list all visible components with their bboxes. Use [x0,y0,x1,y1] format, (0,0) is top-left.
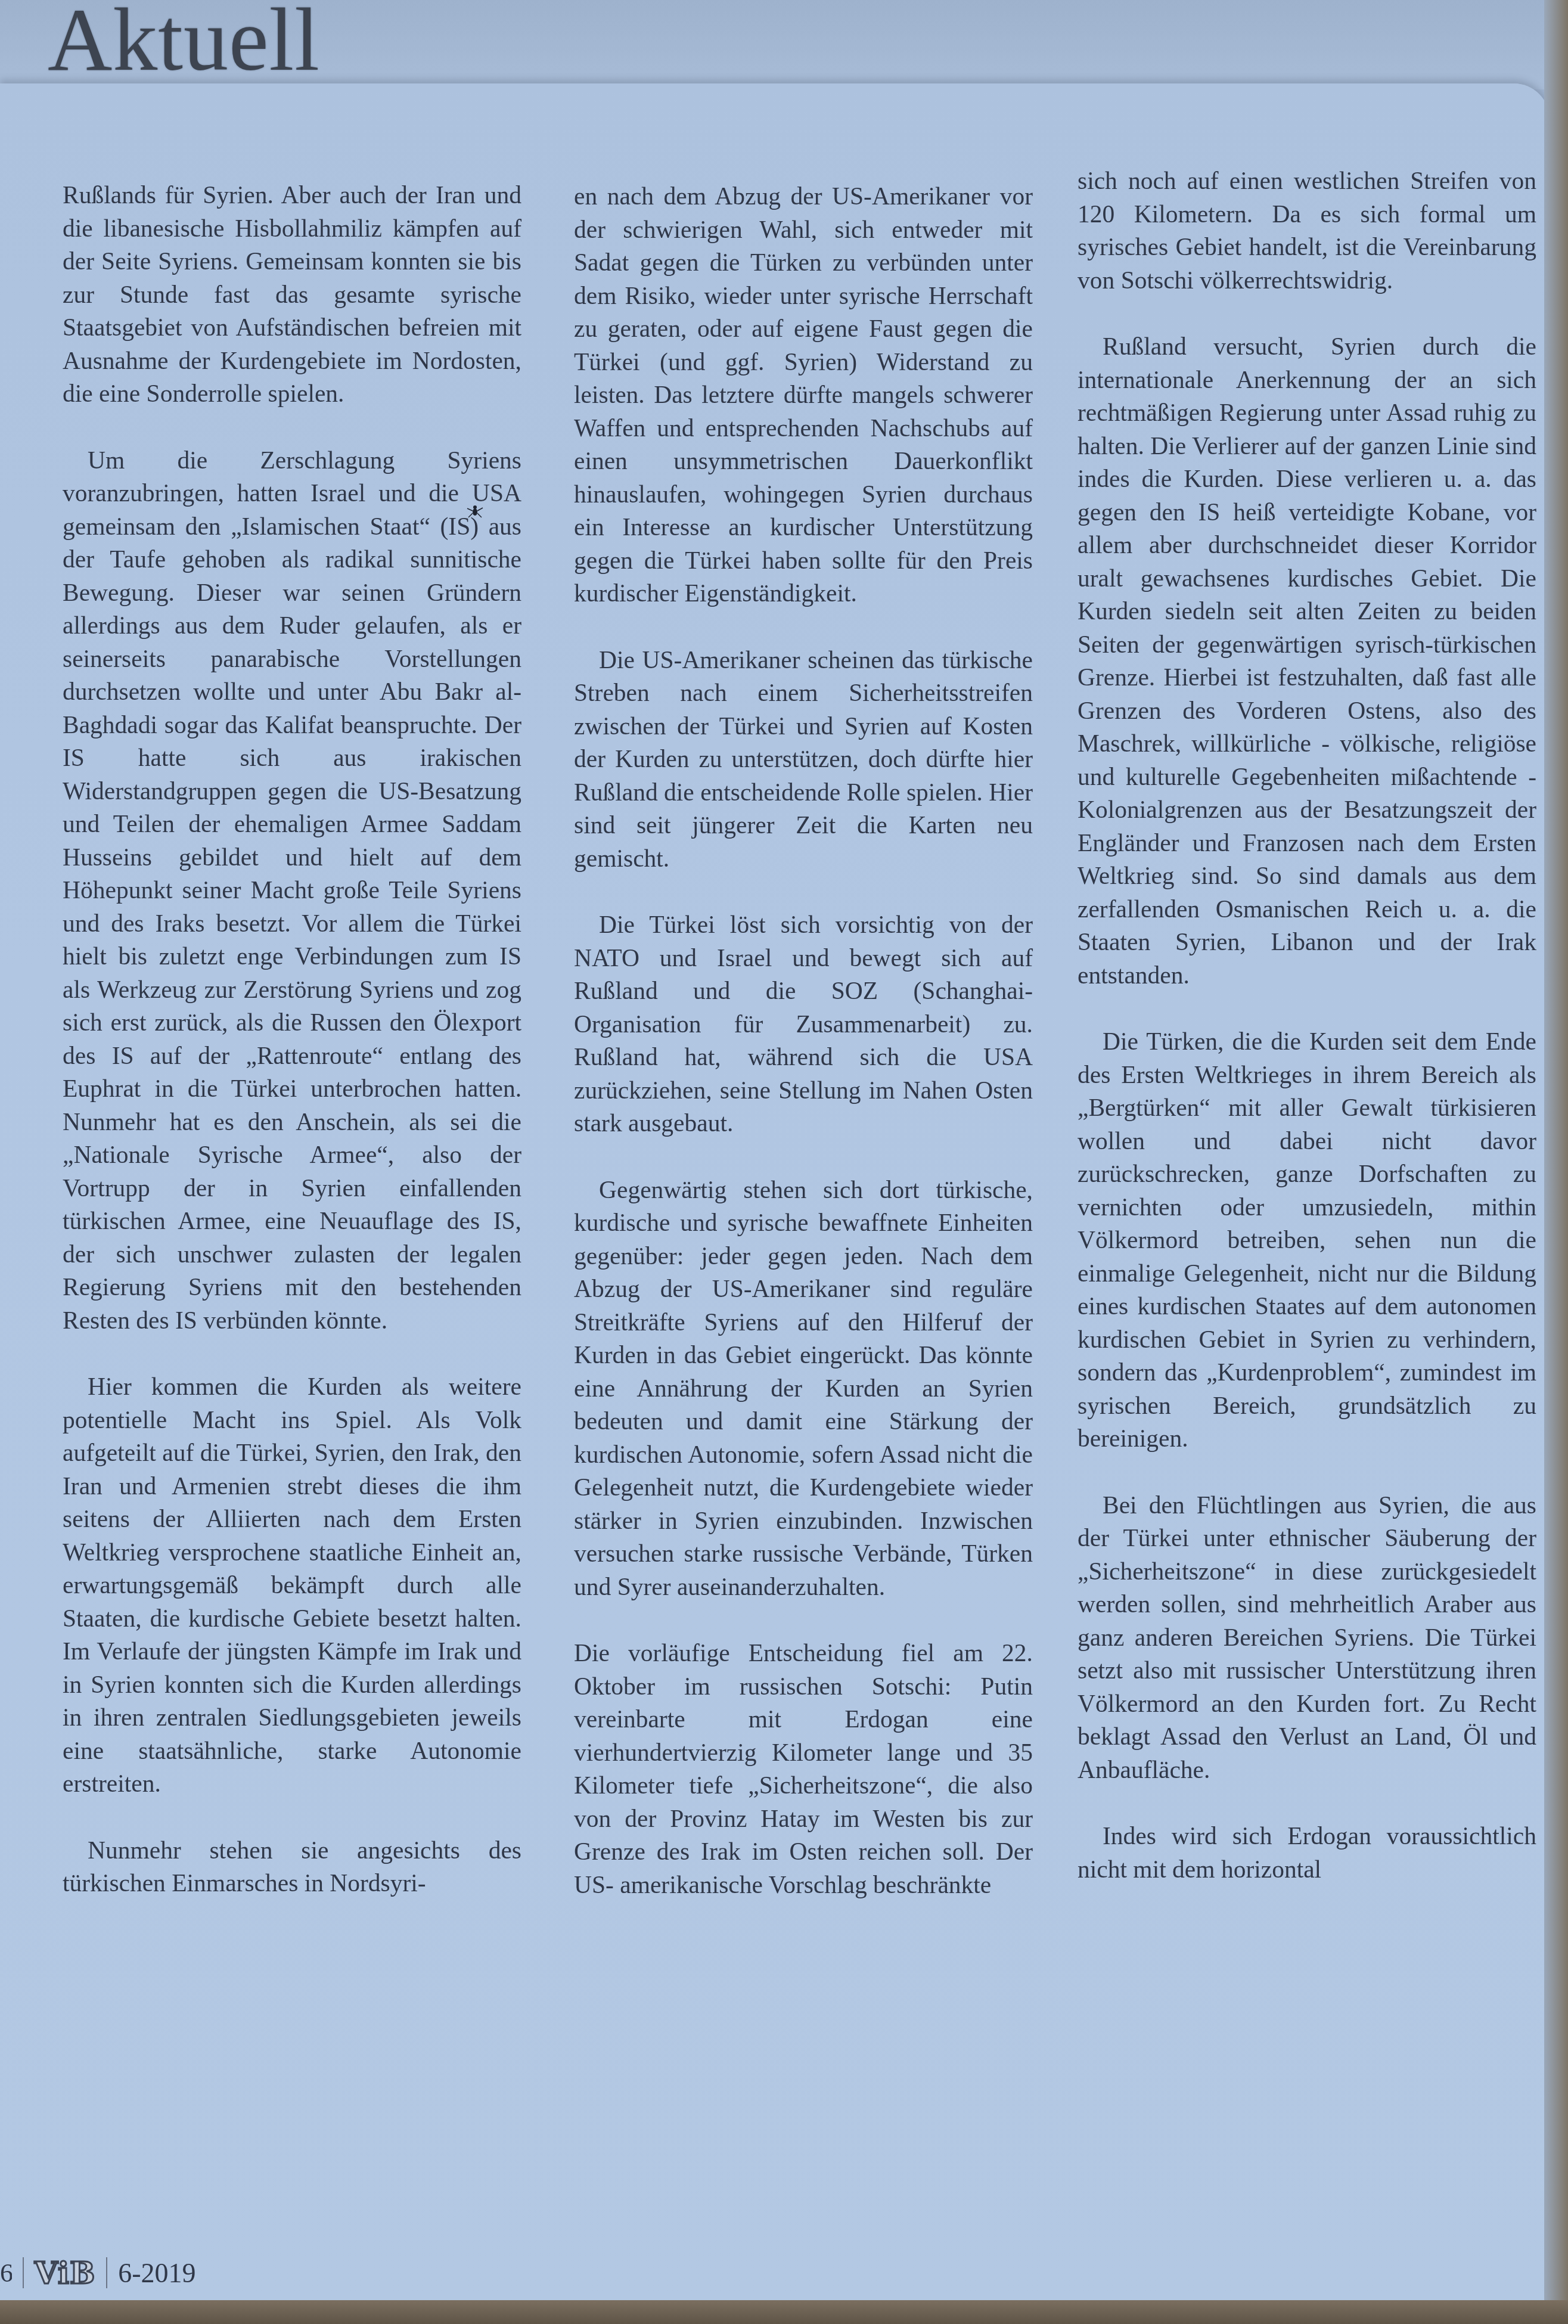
paragraph: Die Türkei löst sich vorsichtig von der … [574,908,1033,1140]
paragraph: Indes wird sich Erdogan voraussichtlich … [1078,1820,1536,1886]
page-footer: 6 ViB 6-2019 [0,2252,196,2294]
article-column-2: en nach dem Abzug der US-Amerikaner vor … [574,180,1033,1935]
paragraph: Gegenwärtig stehen sich dort türkische, … [574,1174,1033,1604]
page-edge-right [1544,0,1568,2324]
paragraph: Um die Zerschlagung Syriens voranzubring… [63,444,521,1338]
page-number: 6 [0,2258,12,2288]
section-title: Aktuell [48,0,320,85]
footer-divider [23,2257,24,2288]
paragraph: Die US-Amerikaner scheinen das türkische… [574,644,1033,876]
paragraph: Die vorläufige Entscheidung fiel am 22. … [574,1637,1033,1901]
paragraph: Rußlands für Syrien. Aber auch der Iran … [63,179,521,411]
issue-number: 6-2019 [118,2257,195,2289]
paragraph: sich noch auf einen westlichen Streifen … [1078,165,1536,297]
paragraph: Bei den Flüchtlingen aus Syrien, die aus… [1078,1489,1536,1787]
paragraph: Rußland versucht, Syrien durch die inter… [1078,330,1536,992]
paragraph: Hier kommen die Kurden als weitere poten… [63,1370,521,1801]
paragraph: en nach dem Abzug der US-Amerikaner vor … [574,180,1033,610]
page-edge-bottom [0,2300,1568,2324]
magazine-logo: ViB [35,2255,95,2291]
article-column-1: Rußlands für Syrien. Aber auch der Iran … [63,179,521,1934]
paragraph: Nunmehr stehen sie angesichts des türkis… [63,1834,521,1900]
paragraph: Die Türken, die die Kurden seit dem Ende… [1078,1025,1536,1456]
footer-divider [106,2257,107,2288]
article-column-3: sich noch auf einen westlichen Streifen … [1078,165,1536,1919]
